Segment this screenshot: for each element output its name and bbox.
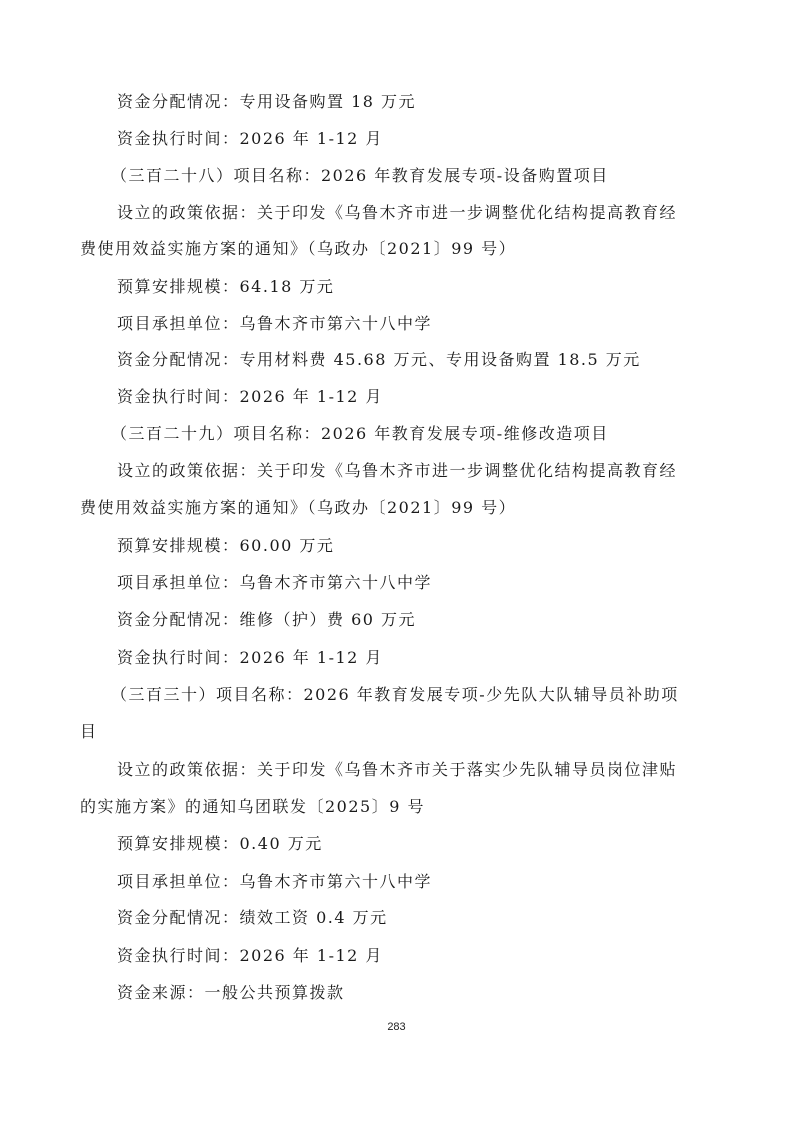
section-heading: （三百三十）项目名称：2026 年教育发展专项-少先队大队辅导员补助项: [111, 676, 751, 713]
text-line: 资金执行时间：2026 年 1-12 月: [117, 120, 757, 157]
text-line: 预算安排规模：0.40 万元: [117, 825, 757, 862]
text-line: 的实施方案》的通知乌团联发〔2025〕9 号: [80, 788, 720, 825]
text-line: 预算安排规模：64.18 万元: [117, 268, 757, 305]
text-line: 资金分配情况：专用材料费 45.68 万元、专用设备购置 18.5 万元: [117, 341, 757, 378]
text-line: 设立的政策依据：关于印发《乌鲁木齐市关于落实少先队辅导员岗位津贴: [117, 751, 757, 788]
text-line: 项目承担单位：乌鲁木齐市第六十八中学: [117, 305, 757, 342]
text-line: 费使用效益实施方案的通知》（乌政办〔2021〕99 号）: [80, 230, 720, 267]
text-line: 设立的政策依据：关于印发《乌鲁木齐市进一步调整优化结构提高教育经: [117, 452, 757, 489]
text-line: 费使用效益实施方案的通知》（乌政办〔2021〕99 号）: [80, 489, 720, 526]
document-page: 资金分配情况：专用设备购置 18 万元 资金执行时间：2026 年 1-12 月…: [0, 0, 793, 1122]
section-heading: （三百二十八）项目名称：2026 年教育发展专项-设备购置项目: [111, 157, 751, 194]
text-line: 资金分配情况：绩效工资 0.4 万元: [117, 899, 757, 936]
text-line: 资金分配情况：维修（护）费 60 万元: [117, 601, 757, 638]
page-number: 283: [0, 1021, 793, 1033]
text-line: 资金分配情况：专用设备购置 18 万元: [117, 83, 757, 120]
text-line: 预算安排规模：60.00 万元: [117, 527, 757, 564]
text-line: 资金执行时间：2026 年 1-12 月: [117, 639, 757, 676]
text-line: 目: [80, 713, 720, 750]
section-heading: （三百二十九）项目名称：2026 年教育发展专项-维修改造项目: [111, 415, 751, 452]
text-line: 项目承担单位：乌鲁木齐市第六十八中学: [117, 863, 757, 900]
text-line: 设立的政策依据：关于印发《乌鲁木齐市进一步调整优化结构提高教育经: [117, 194, 757, 231]
text-line: 项目承担单位：乌鲁木齐市第六十八中学: [117, 564, 757, 601]
text-line: 资金执行时间：2026 年 1-12 月: [117, 378, 757, 415]
text-line: 资金来源：一般公共预算拨款: [117, 974, 757, 1011]
text-line: 资金执行时间：2026 年 1-12 月: [117, 937, 757, 974]
